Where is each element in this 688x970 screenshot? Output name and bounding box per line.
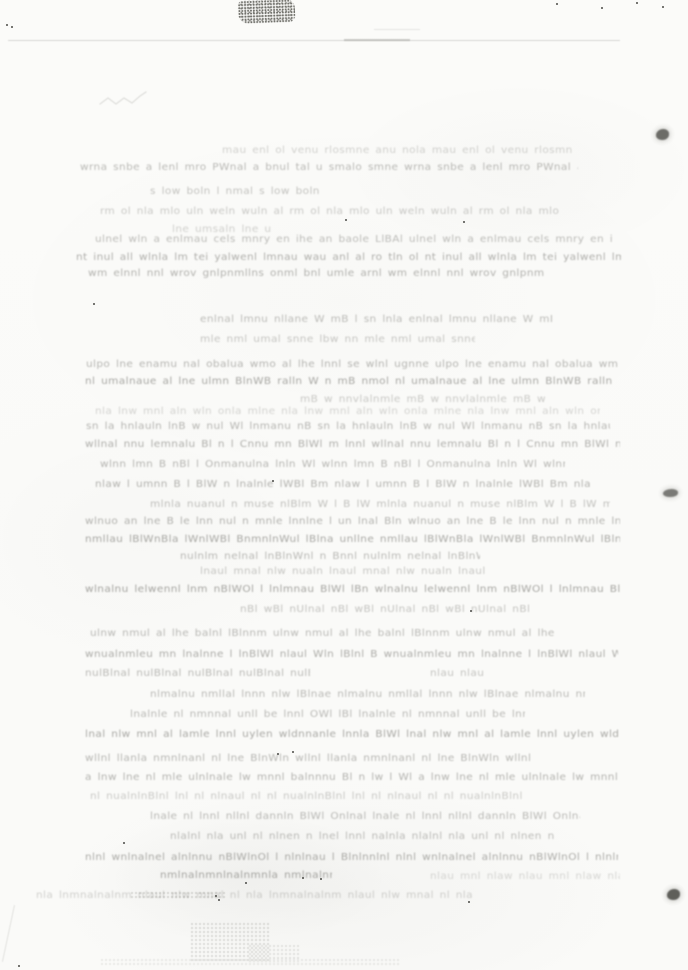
scanned-page: mau enl ol venu rlosmne anu nola mau enl…	[0, 0, 688, 970]
pencil-squiggle	[0, 0, 688, 970]
